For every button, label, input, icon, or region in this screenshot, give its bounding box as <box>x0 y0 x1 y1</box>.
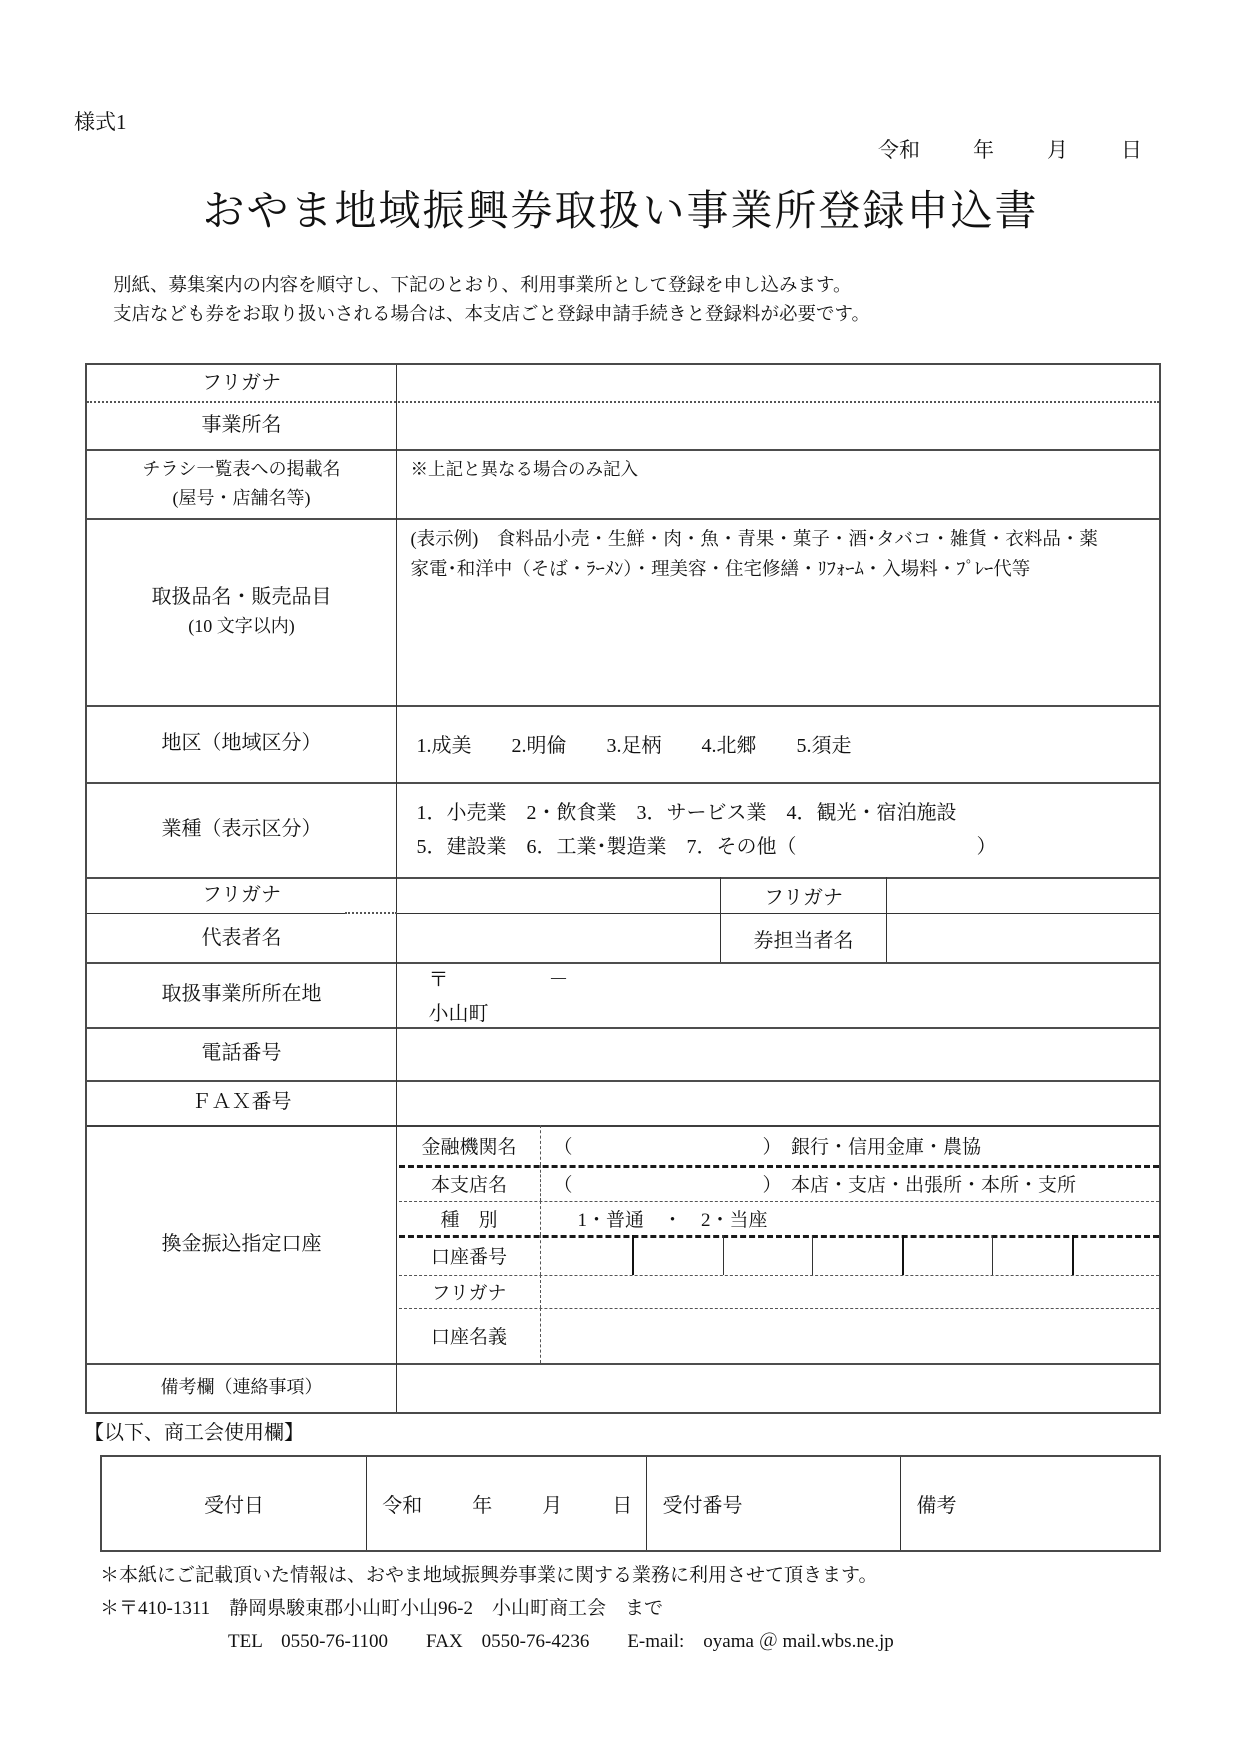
footer-contact: TEL 0550-76-1100 FAX 0550-76-4236 E-mail… <box>228 1626 894 1653</box>
institution-label: 金融機関名 <box>399 1125 541 1165</box>
reception-date-value-cell[interactable]: 令和 年 月 日 <box>369 1457 648 1550</box>
bank-row-holder: 口座名義 <box>399 1308 1160 1363</box>
rep-name-label: 代表者名 <box>87 914 397 962</box>
row-tel: 電話番号 <box>87 1027 1159 1082</box>
rep-name-field[interactable] <box>399 914 721 962</box>
application-form-page: 様式1 令和 年 月 日 おやま地域振興券取扱い事業所登録申込書 別紙、募集案内… <box>0 0 1241 1755</box>
account-number-field[interactable] <box>542 1235 1160 1275</box>
flyer-name-note: ※上記と異なる場合のみ記入 <box>411 459 639 479</box>
institution-field[interactable]: （ ） 銀行・信用金庫・農協 <box>542 1125 1160 1165</box>
furigana-field[interactable] <box>399 365 1160 401</box>
account-cell-divider <box>812 1235 813 1275</box>
account-cell-divider <box>1072 1235 1074 1275</box>
application-date-line: 令和 年 月 日 <box>878 134 1142 164</box>
footer-note-1: ＊本紙にご記載頂いた情報は、おやま地域振興券事業に関する業務に利用させて頂きます… <box>100 1560 877 1587</box>
row-address: 取扱事業所所在地 〒 － 小山町 <box>87 962 1159 1029</box>
account-furigana-label: フリガナ <box>399 1275 541 1308</box>
bank-row-institution: 金融機関名 （ ） 銀行・信用金庫・農協 <box>399 1125 1160 1168</box>
postal-code-line: 〒 － <box>429 963 1160 992</box>
row-products: 取扱品名・販売品目 (10 文字以内) (表示例) 食料品小売・生鮮・肉・魚・青… <box>87 518 1159 707</box>
account-holder-field[interactable] <box>542 1308 1160 1363</box>
flyer-name-field[interactable]: ※上記と異なる場合のみ記入 <box>399 449 1160 518</box>
row-district: 地区（地域区分） 1.成美 2.明倫 3.足柄 4.北郷 5.須走 <box>87 705 1159 784</box>
industry-options-line-1: 1．小売業 2・飲食業 3．サービス業 4．観光・宿泊施設 <box>417 796 1160 830</box>
flyer-name-label: チラシ一覧表への掲載名 (屋号・店舗名等) <box>87 449 397 518</box>
industry-options-line-2: 5．建設業 6．工業･製造業 7．その他（ ） <box>417 830 1160 864</box>
office-use-heading: 【以下、商工会使用欄】 <box>84 1416 304 1445</box>
rep-furigana-label: フリガナ <box>87 877 397 914</box>
fax-field[interactable] <box>399 1080 1160 1125</box>
intro-line-1: 別紙、募集案内の内容を順守し、下記のとおり、利用事業所として登録を申し込みます。 <box>113 272 870 301</box>
account-cell-divider <box>902 1235 904 1275</box>
account-number-label: 口座番号 <box>399 1235 541 1275</box>
row-bank-account: 換金振込指定口座 金融機関名 （ ） 銀行・信用金庫・農協 本支店名 （ ） 本… <box>87 1125 1159 1365</box>
industry-options[interactable]: 1．小売業 2・飲食業 3．サービス業 4．観光・宿泊施設 5．建設業 6．工業… <box>399 782 1160 877</box>
products-field[interactable]: (表示例) 食料品小売・生鮮・肉・魚・青果・菓子・酒･タバコ・雑貨・衣料品・薬 … <box>399 518 1160 705</box>
office-note-cell[interactable]: 備考 <box>903 1457 1160 1550</box>
fax-label: ＦＡＸ番号 <box>87 1080 397 1125</box>
bank-row-type: 種 別 1・普通 ・ 2・当座 <box>399 1201 1160 1238</box>
mgr-name-field[interactable] <box>888 914 1159 962</box>
reception-number-cell[interactable]: 受付番号 <box>649 1457 902 1550</box>
office-use-table: 受付日 令和 年 月 日 受付番号 備考 <box>100 1455 1161 1552</box>
account-holder-label: 口座名義 <box>399 1308 541 1363</box>
reception-date-cell[interactable]: 受付日 <box>102 1457 367 1550</box>
account-cell-divider <box>992 1235 993 1275</box>
footer-note-2: ＊〒410-1311 静岡県駿東郡小山町小山96-2 小山町商工会 まで <box>100 1593 663 1620</box>
industry-label: 業種（表示区分） <box>87 782 397 877</box>
row-furigana: フリガナ <box>87 365 1159 403</box>
form-code: 様式1 <box>74 106 127 136</box>
account-cell-divider <box>632 1235 634 1275</box>
bank-row-account-number: 口座番号 <box>399 1235 1160 1276</box>
day-label: 日 <box>1121 134 1142 164</box>
business-name-field[interactable] <box>399 401 1160 449</box>
intro-line-2: 支店なども券をお取り扱いされる場合は、本支店ごと登録申請手続きと登録料が必要です… <box>113 301 870 330</box>
products-example-line-2: 家電･和洋中（そば・ﾗｰﾒﾝ）・理美容・住宅修繕・ﾘﾌｫｰﾑ・入場料・ﾌﾟﾚｰ代… <box>411 555 1150 585</box>
mgr-name-label: 券担当者名 <box>720 914 887 962</box>
row-fax: ＦＡＸ番号 <box>87 1080 1159 1127</box>
town-line: 小山町 <box>429 997 1160 1026</box>
district-label: 地区（地域区分） <box>87 705 397 782</box>
row-business-name: 事業所名 <box>87 401 1159 451</box>
district-options[interactable]: 1.成美 2.明倫 3.足柄 4.北郷 5.須走 <box>399 705 1160 782</box>
bank-subtable: 金融機関名 （ ） 銀行・信用金庫・農協 本支店名 （ ） 本店・支店・出張所・… <box>399 1125 1160 1363</box>
bank-section-label: 換金振込指定口座 <box>87 1125 397 1363</box>
business-name-label: 事業所名 <box>87 401 397 449</box>
row-flyer-name: チラシ一覧表への掲載名 (屋号・店舗名等) ※上記と異なる場合のみ記入 <box>87 449 1159 520</box>
branch-label: 本支店名 <box>399 1165 541 1201</box>
address-label: 取扱事業所所在地 <box>87 962 397 1027</box>
mgr-furigana-label: フリガナ <box>720 877 887 914</box>
bank-row-branch: 本支店名 （ ） 本店・支店・出張所・本所・支所 <box>399 1165 1160 1202</box>
remarks-label: 備考欄（連絡事項） <box>87 1363 397 1412</box>
row-rep-furigana: フリガナ フリガナ <box>87 877 1159 914</box>
page-title: おやま地域振興券取扱い事業所登録申込書 <box>0 178 1241 238</box>
era-label: 令和 <box>878 134 920 164</box>
row-industry: 業種（表示区分） 1．小売業 2・飲食業 3．サービス業 4．観光・宿泊施設 5… <box>87 782 1159 879</box>
products-label: 取扱品名・販売品目 (10 文字以内) <box>87 518 397 705</box>
bank-row-furigana: フリガナ <box>399 1275 1160 1309</box>
month-label: 月 <box>1047 134 1068 164</box>
office-date-line: 令和 年 月 日 <box>382 1489 632 1518</box>
furigana-label: フリガナ <box>87 365 397 401</box>
intro-text: 別紙、募集案内の内容を順守し、下記のとおり、利用事業所として登録を申し込みます。… <box>113 272 870 330</box>
account-cell-divider <box>723 1235 724 1275</box>
tel-label: 電話番号 <box>87 1027 397 1080</box>
rep-furigana-field[interactable] <box>399 877 721 914</box>
row-rep-name: 代表者名 券担当者名 <box>87 914 1159 964</box>
main-form-table: フリガナ 事業所名 チラシ一覧表への掲載名 (屋号・店舗名等) ※上記と異なる場… <box>85 363 1161 1414</box>
branch-field[interactable]: （ ） 本店・支店・出張所・本所・支所 <box>542 1165 1160 1201</box>
account-type-label: 種 別 <box>399 1201 541 1235</box>
products-example-line-1: (表示例) 食料品小売・生鮮・肉・魚・青果・菓子・酒･タバコ・雑貨・衣料品・薬 <box>411 525 1150 555</box>
row-remarks: 備考欄（連絡事項） <box>87 1363 1159 1412</box>
account-type-options[interactable]: 1・普通 ・ 2・当座 <box>542 1201 1160 1235</box>
mgr-furigana-field[interactable] <box>888 877 1159 914</box>
remarks-field[interactable] <box>399 1363 1160 1412</box>
tel-field[interactable] <box>399 1027 1160 1080</box>
account-furigana-field[interactable] <box>542 1275 1160 1308</box>
address-field[interactable]: 〒 － 小山町 <box>399 962 1160 1027</box>
year-label: 年 <box>973 134 994 164</box>
